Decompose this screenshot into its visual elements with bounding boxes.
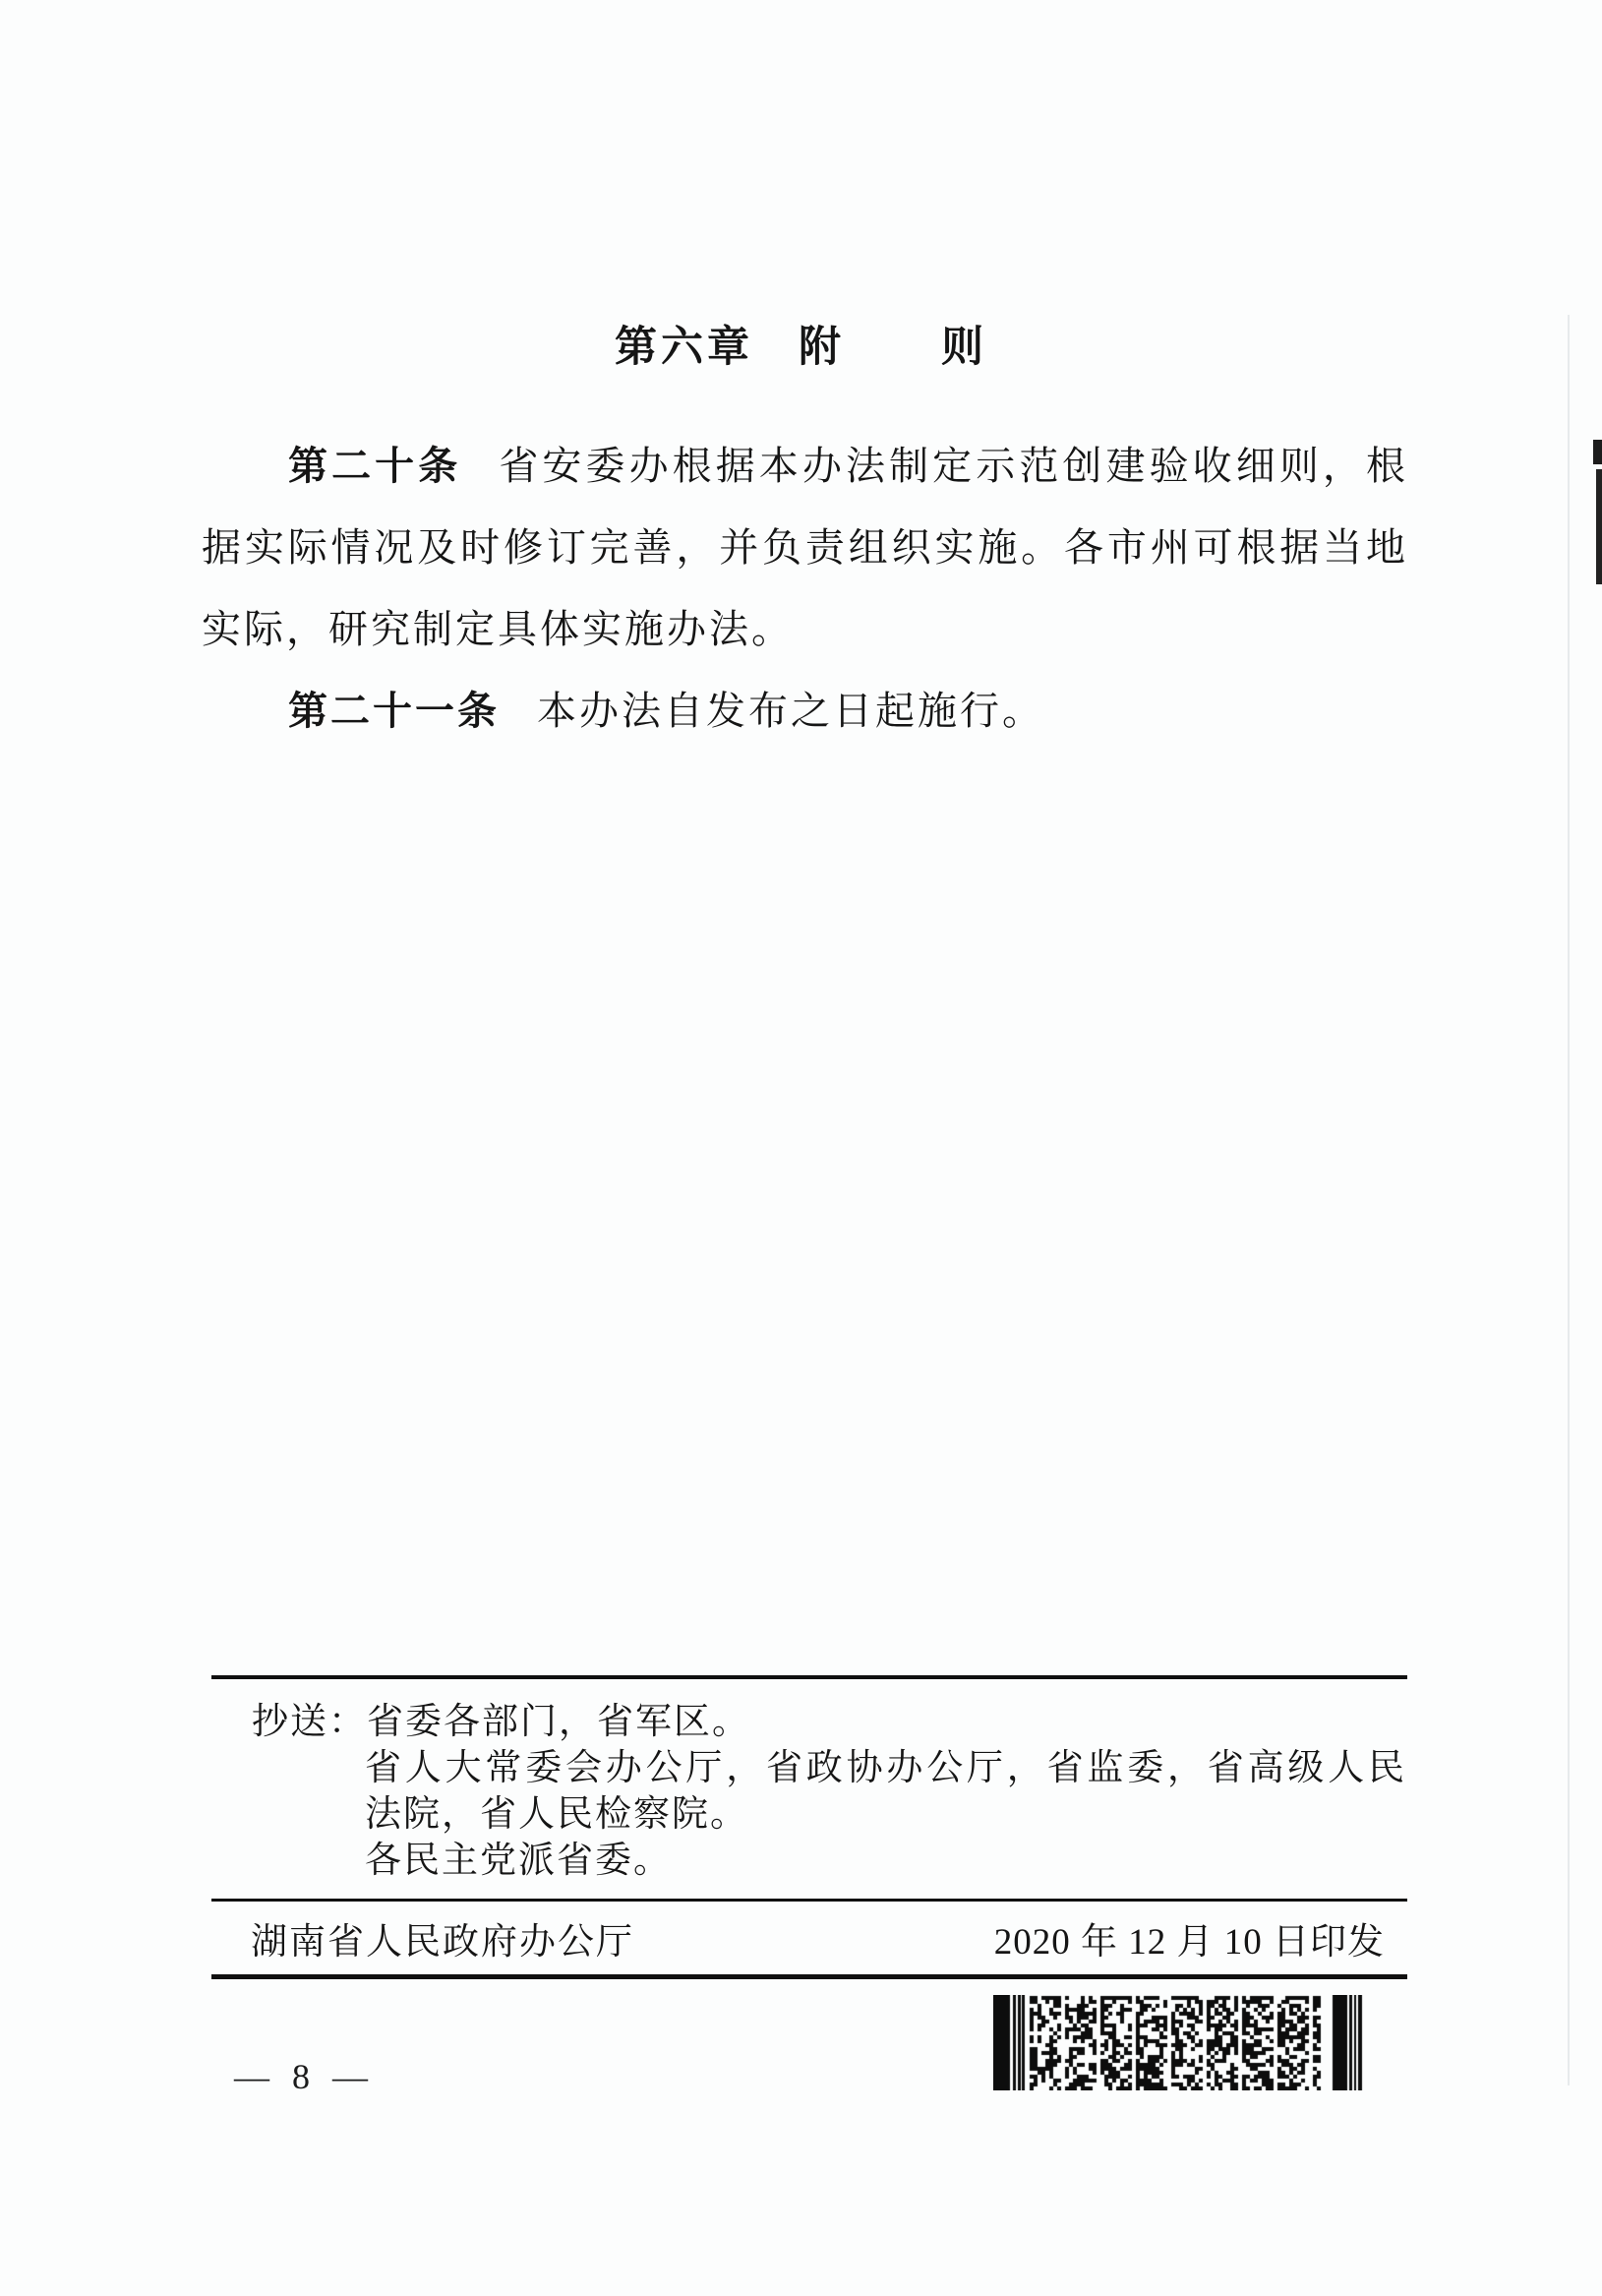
footer-divider-bottom bbox=[211, 1974, 1407, 1979]
scan-crease bbox=[1568, 315, 1570, 2085]
cc-text-1: 省委各部门，省军区。 bbox=[367, 1702, 750, 1742]
article-20-line-3: 实际，研究制定具体实施办法。 bbox=[202, 608, 1408, 651]
cc-text-3: 法院，省人民检察院。 bbox=[365, 1794, 748, 1835]
issuing-office: 湖南省人民政府办公厅 bbox=[251, 1923, 634, 1963]
chapter-word-1: 附 bbox=[799, 325, 845, 370]
footer-divider-middle bbox=[211, 1899, 1407, 1902]
print-date: 2020 年 12 月 10 日印发 bbox=[994, 1923, 1385, 1963]
cc-text-2: 省人大常委会办公厅，省政协办公厅，省监委，省高级人民 bbox=[365, 1748, 1406, 1788]
cc-line-2: 省人大常委会办公厅，省政协办公厅，省监委，省高级人民 bbox=[365, 1748, 1406, 1788]
2d-barcode-icon bbox=[993, 1995, 1367, 2090]
chapter-word-2: 则 bbox=[941, 325, 987, 370]
article-20-text-1: 省安委办根据本办法制定示范创建验收细则，根 bbox=[499, 444, 1408, 488]
article-20-line-2: 据实际情况及时修订完善，并负责组织实施。各市州可根据当地 bbox=[202, 526, 1408, 570]
cc-line-3: 法院，省人民检察院。 bbox=[365, 1794, 748, 1835]
article-20-text-2: 据实际情况及时修订完善，并负责组织实施。各市州可根据当地 bbox=[202, 525, 1408, 570]
scan-artifact-bar bbox=[1596, 469, 1602, 584]
cc-text-4: 各民主党派省委。 bbox=[365, 1841, 672, 1881]
article-21-label: 第二十一条 bbox=[288, 690, 500, 733]
cc-line-4: 各民主党派省委。 bbox=[365, 1841, 672, 1881]
issuer-row: 湖南省人民政府办公厅 2020 年 12 月 10 日印发 bbox=[251, 1923, 1385, 1963]
article-20-line-1: 第二十条省安委办根据本办法制定示范创建验收细则，根 bbox=[202, 445, 1408, 488]
document-page: 第六章 附 则 第二十条省安委办根据本办法制定示范创建验收细则，根 据实际情况及… bbox=[0, 0, 1602, 2296]
chapter-title: 第六章 附 则 bbox=[0, 325, 1602, 370]
article-21-text: 本办法自发布之日起施行。 bbox=[537, 689, 1044, 733]
scan-artifact-dash bbox=[1593, 440, 1602, 464]
cc-label: 抄送： bbox=[252, 1702, 367, 1742]
page-number: — 8 — bbox=[234, 2058, 370, 2095]
cc-line-1: 抄送：省委各部门，省军区。 bbox=[252, 1702, 750, 1742]
footer-divider-top bbox=[211, 1675, 1407, 1679]
article-20-text-3: 实际，研究制定具体实施办法。 bbox=[202, 607, 794, 651]
article-21-line: 第二十一条本办法自发布之日起施行。 bbox=[202, 690, 1408, 733]
chapter-number: 第六章 bbox=[615, 325, 753, 370]
article-20-label: 第二十条 bbox=[288, 445, 461, 488]
